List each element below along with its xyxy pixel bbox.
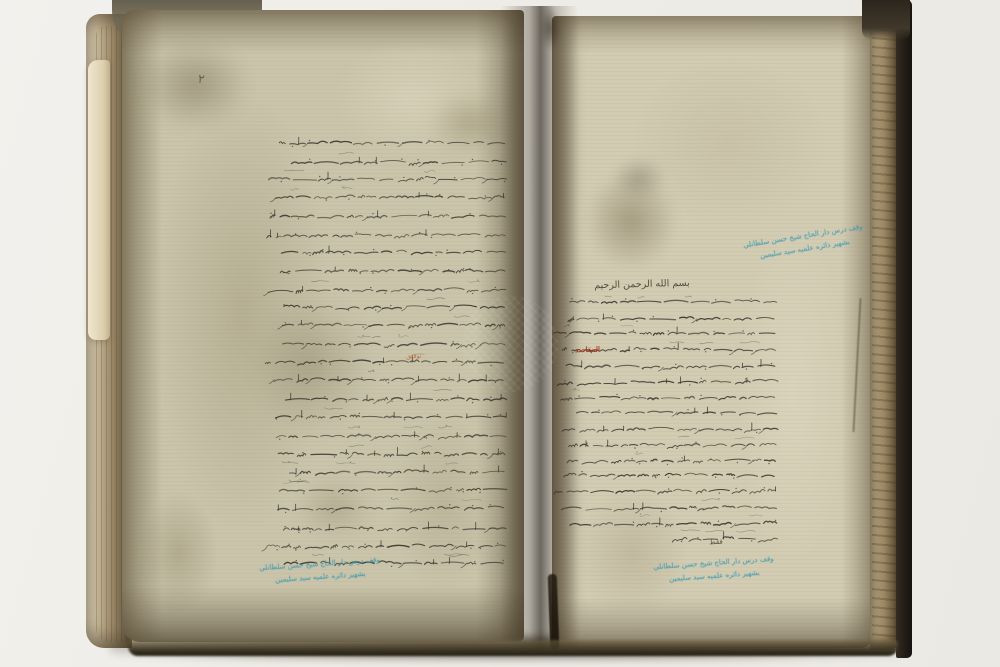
paper-texture xyxy=(552,16,874,648)
faint-embossed-watermark xyxy=(462,296,558,392)
bottom-page-edges xyxy=(128,640,898,656)
binding-cover-edge xyxy=(896,0,912,658)
fore-edge-streaks xyxy=(872,30,896,642)
right-page xyxy=(552,16,874,648)
page-edge-cream-strip xyxy=(88,60,110,340)
gutter-shadow xyxy=(540,6,560,50)
faint-red-rubric-left-page: توفيق xyxy=(406,352,422,361)
left-page xyxy=(122,10,524,642)
paper-texture xyxy=(122,10,524,642)
manuscript-photograph: ۲ بسم الله الرحمن الرحيم المقاصد توفيق ف… xyxy=(0,0,1000,667)
red-rubric-word: المقاصد xyxy=(575,345,600,354)
binding-cover-corner xyxy=(862,0,910,40)
